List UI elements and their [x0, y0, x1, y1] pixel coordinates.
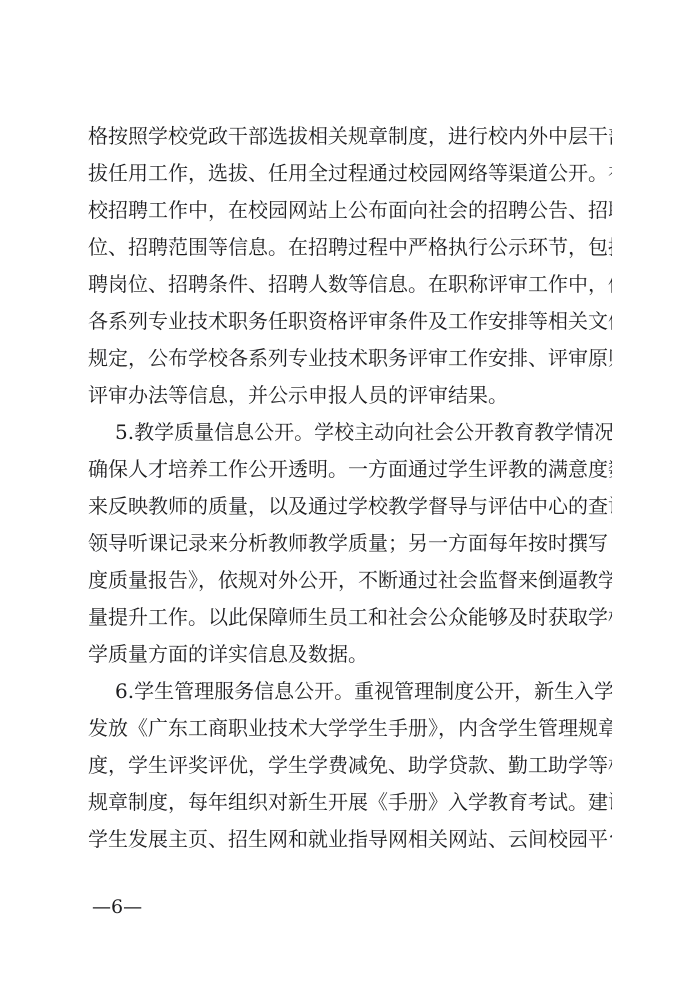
text-line-paragraph-6-start: 6.学生管理服务信息公开。重视管理制度公开，新生入学时 [88, 673, 612, 710]
text-line: 量提升工作。以此保障师生员工和社会公众能够及时获取学校教 [88, 599, 612, 636]
text-line: 发放《广东工商职业技术大学学生手册》，内含学生管理规章制 [88, 710, 612, 747]
text-line: 来反映教师的质量，以及通过学校教学督导与评估中心的查课、 [88, 488, 612, 525]
text-line: 度，学生评奖评优，学生学费减免、助学贷款、勤工助学等相关 [88, 747, 612, 784]
text-line: 学质量方面的详实信息及数据。 [88, 636, 612, 673]
text-line: 格按照学校党政干部选拔相关规章制度，进行校内外中层干部选 [88, 118, 612, 155]
document-body: 格按照学校党政干部选拔相关规章制度，进行校内外中层干部选 拔任用工作，选拔、任用… [88, 118, 612, 858]
text-line: 位、招聘范围等信息。在招聘过程中严格执行公示环节，包括招 [88, 229, 612, 266]
page-number: —6— [92, 894, 142, 920]
text-line: 领导听课记录来分析教师教学质量；另一方面每年按时撰写《年 [88, 525, 612, 562]
text-line: 校招聘工作中，在校园网站上公布面向社会的招聘公告、招聘岗 [88, 192, 612, 229]
text-line: 评审办法等信息，并公示申报人员的评审结果。 [88, 377, 612, 414]
text-line: 拔任用工作，选拔、任用全过程通过校园网络等渠道公开。在学 [88, 155, 612, 192]
text-line: 确保人才培养工作公开透明。一方面通过学生评教的满意度数据 [88, 451, 612, 488]
text-line: 度质量报告》，依规对外公开，不断通过社会监督来倒逼教学质 [88, 562, 612, 599]
document-page: 格按照学校党政干部选拔相关规章制度，进行校内外中层干部选 拔任用工作，选拔、任用… [0, 0, 700, 990]
text-line: 规章制度，每年组织对新生开展《手册》入学教育考试。建设好 [88, 784, 612, 821]
text-line: 规定，公布学校各系列专业技术职务评审工作安排、评审原则、 [88, 340, 612, 377]
text-line: 聘岗位、招聘条件、招聘人数等信息。在职称评审工作中，依据 [88, 266, 612, 303]
text-line-paragraph-5-start: 5.教学质量信息公开。学校主动向社会公开教育教学情况， [88, 414, 612, 451]
text-line: 学生发展主页、招生网和就业指导网相关网站、云间校园平台及 [88, 821, 612, 858]
text-line: 各系列专业技术职务任职资格评审条件及工作安排等相关文件 [88, 303, 612, 340]
